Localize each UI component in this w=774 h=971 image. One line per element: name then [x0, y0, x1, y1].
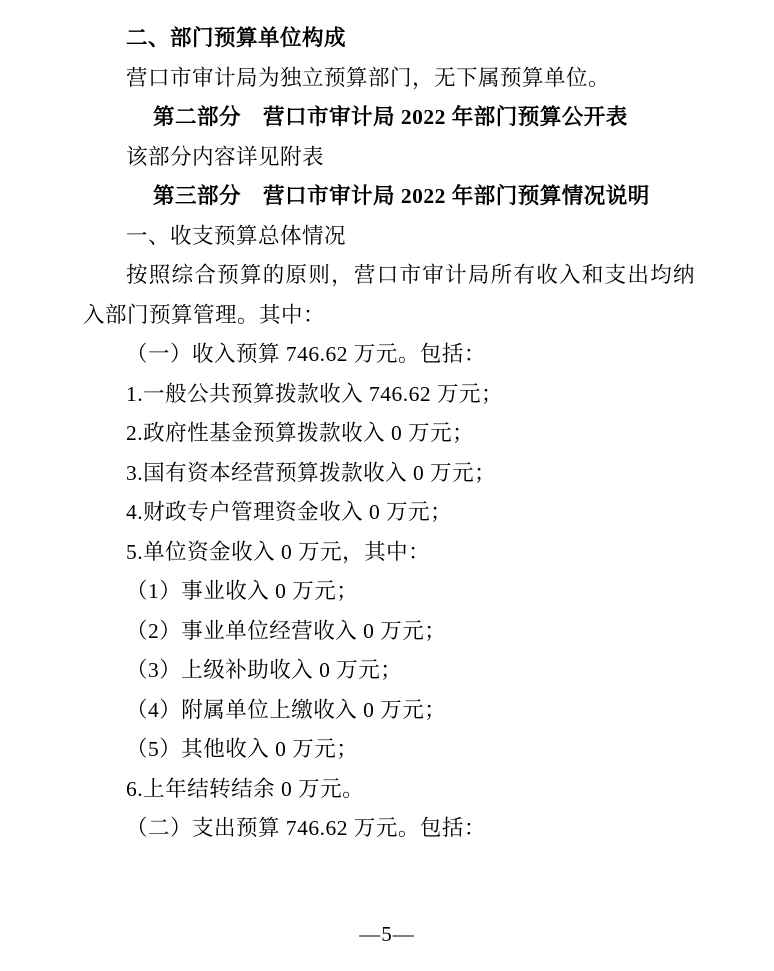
- paragraph-body: （5）其他收入 0 万元；: [83, 730, 695, 770]
- paragraph-body: 2.政府性基金预算拨款收入 0 万元；: [83, 414, 695, 454]
- document-page: 二、部门预算单位构成营口市审计局为独立预算部门，无下属预算单位。第二部分 营口市…: [0, 0, 774, 971]
- paragraph-part-title: 第二部分 营口市审计局 2022 年部门预算公开表: [83, 98, 695, 138]
- paragraph-body: 该部分内容详见附表: [83, 138, 695, 178]
- paragraph-body: （二）支出预算 746.62 万元。包括：: [83, 809, 695, 849]
- paragraph-body: 按照综合预算的原则，营口市审计局所有收入和支出均纳入部门预算管理。其中：: [83, 256, 695, 335]
- paragraph-body: （4）附属单位上缴收入 0 万元；: [83, 691, 695, 731]
- paragraph-part-title: 第三部分 营口市审计局 2022 年部门预算情况说明: [83, 177, 695, 217]
- paragraph-body: 5.单位资金收入 0 万元，其中：: [83, 533, 695, 573]
- page-number: —5—: [0, 921, 774, 947]
- paragraph-body: （一）收入预算 746.62 万元。包括：: [83, 335, 695, 375]
- paragraph-body: （3）上级补助收入 0 万元；: [83, 651, 695, 691]
- document-body: 二、部门预算单位构成营口市审计局为独立预算部门，无下属预算单位。第二部分 营口市…: [83, 19, 695, 849]
- paragraph-body: （2）事业单位经营收入 0 万元；: [83, 612, 695, 652]
- paragraph-body: 一、收支预算总体情况: [83, 217, 695, 257]
- paragraph-body: （1）事业收入 0 万元；: [83, 572, 695, 612]
- paragraph-body: 6.上年结转结余 0 万元。: [83, 770, 695, 810]
- paragraph-body: 3.国有资本经营预算拨款收入 0 万元；: [83, 454, 695, 494]
- paragraph-heading: 二、部门预算单位构成: [83, 19, 695, 59]
- paragraph-body: 1.一般公共预算拨款收入 746.62 万元；: [83, 375, 695, 415]
- paragraph-body: 4.财政专户管理资金收入 0 万元；: [83, 493, 695, 533]
- paragraph-body: 营口市审计局为独立预算部门，无下属预算单位。: [83, 59, 695, 99]
